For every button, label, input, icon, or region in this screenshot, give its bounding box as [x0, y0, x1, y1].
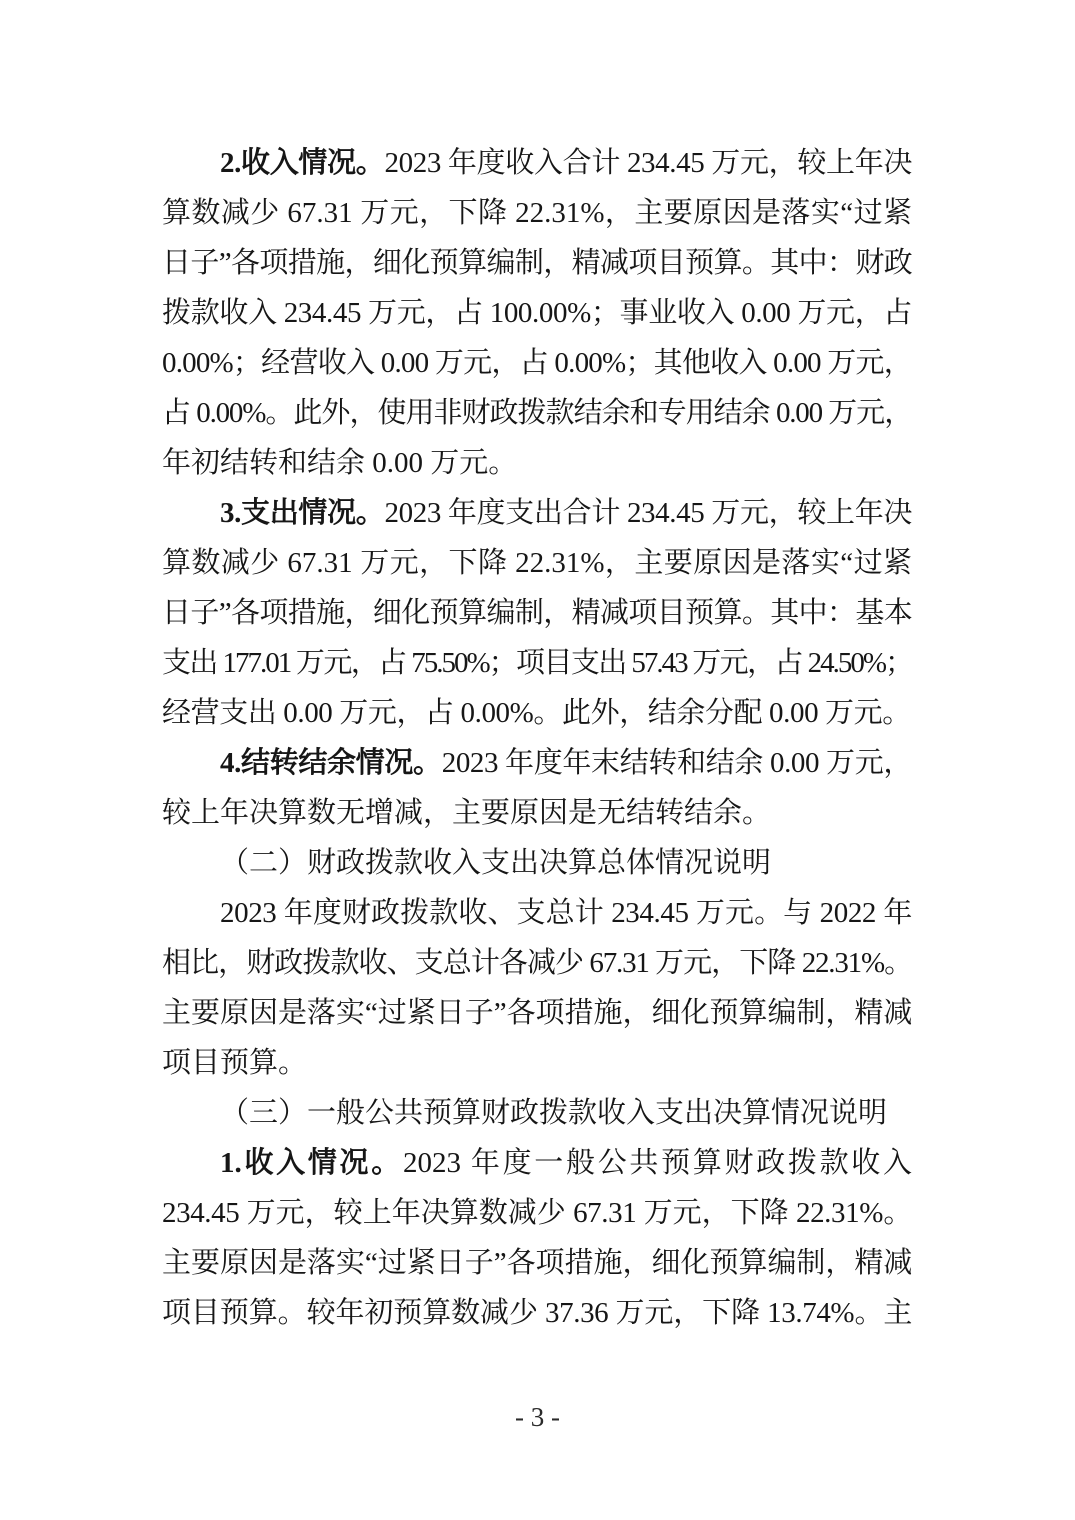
text-line: 0.00%；经营收入 0.00 万元，占 0.00%；其他收入 0.00 万元， — [162, 338, 912, 388]
expenditure-situation-paragraph: 3.支出情况。2023 年度支出合计 234.45 万元，较上年决算数减少 67… — [162, 488, 912, 738]
section-three-heading: （三）一般公共预算财政拨款收入支出决算情况说明 — [162, 1088, 912, 1138]
bold-lead-text: 4.结转结余情况。 — [220, 747, 442, 779]
text-line: 较上年决算数无增减，主要原因是无结转结余。 — [162, 788, 912, 838]
section-heading: （三）一般公共预算财政拨款收入支出决算情况说明 — [162, 1088, 912, 1138]
page-number: - 3 - — [0, 1402, 1075, 1432]
text-line: 拨款收入 234.45 万元，占 100.00%；事业收入 0.00 万元，占 — [162, 288, 912, 338]
text-line: 算数减少 67.31 万元，下降 22.31%，主要原因是落实“过紧 — [162, 538, 912, 588]
income-situation-paragraph: 2.收入情况。2023 年度收入合计 234.45 万元，较上年决算数减少 67… — [162, 138, 912, 488]
fiscal-appropriation-total-paragraph: 2023 年度财政拨款收、支总计 234.45 万元。与 2022 年相比，财政… — [162, 888, 912, 1088]
section-two-heading: （二）财政拨款收入支出决算总体情况说明 — [162, 838, 912, 888]
text-line: 234.45 万元，较上年决算数减少 67.31 万元，下降 22.31%。 — [162, 1188, 912, 1238]
general-budget-income-paragraph: 1.收入情况。2023 年度一般公共预算财政拨款收入234.45 万元，较上年决… — [162, 1138, 912, 1338]
text-line: 占 0.00%。此外，使用非财政拨款结余和专用结余 0.00 万元， — [162, 388, 912, 438]
text-line: 经营支出 0.00 万元，占 0.00%。此外，结余分配 0.00 万元。 — [162, 688, 912, 738]
text-line: 2.收入情况。2023 年度收入合计 234.45 万元，较上年决 — [162, 138, 912, 188]
text-line: 4.结转结余情况。2023 年度年末结转和结余 0.00 万元， — [162, 738, 912, 788]
text-line: 1.收入情况。2023 年度一般公共预算财政拨款收入 — [162, 1138, 912, 1188]
carryover-balance-paragraph: 4.结转结余情况。2023 年度年末结转和结余 0.00 万元，较上年决算数无增… — [162, 738, 912, 838]
line-text: 2023 年度支出合计 234.45 万元，较上年决 — [385, 497, 913, 529]
line-text: 2023 年度一般公共预算财政拨款收入 — [403, 1147, 912, 1179]
text-line: 算数减少 67.31 万元，下降 22.31%，主要原因是落实“过紧 — [162, 188, 912, 238]
text-line: 2023 年度财政拨款收、支总计 234.45 万元。与 2022 年 — [162, 888, 912, 938]
text-line: 年初结转和结余 0.00 万元。 — [162, 438, 912, 488]
section-heading: （二）财政拨款收入支出决算总体情况说明 — [162, 838, 912, 888]
bold-lead-text: 1.收入情况。 — [220, 1147, 403, 1179]
text-line: 项目预算。 — [162, 1038, 912, 1088]
text-line: 项目预算。较年初预算数减少 37.36 万元，下降 13.74%。主 — [162, 1288, 912, 1338]
text-line: 相比，财政拨款收、支总计各减少 67.31 万元，下降 22.31%。 — [162, 938, 912, 988]
document-body: 2.收入情况。2023 年度收入合计 234.45 万元，较上年决算数减少 67… — [162, 138, 912, 1338]
line-text: 2023 年度年末结转和结余 0.00 万元， — [442, 747, 912, 779]
line-text: 2023 年度收入合计 234.45 万元，较上年决 — [385, 147, 913, 179]
document-page: 2.收入情况。2023 年度收入合计 234.45 万元，较上年决算数减少 67… — [0, 0, 1075, 1520]
text-line: 3.支出情况。2023 年度支出合计 234.45 万元，较上年决 — [162, 488, 912, 538]
text-line: 主要原因是落实“过紧日子”各项措施，细化预算编制，精减 — [162, 988, 912, 1038]
text-line: 日子”各项措施，细化预算编制，精减项目预算。其中：财政 — [162, 238, 912, 288]
bold-lead-text: 3.支出情况。 — [220, 497, 385, 529]
bold-lead-text: 2.收入情况。 — [220, 147, 385, 179]
text-line: 支出 177.01 万元，占 75.50%；项目支出 57.43 万元，占 24… — [162, 638, 912, 688]
text-line: 主要原因是落实“过紧日子”各项措施，细化预算编制，精减 — [162, 1238, 912, 1288]
text-line: 日子”各项措施，细化预算编制，精减项目预算。其中：基本 — [162, 588, 912, 638]
